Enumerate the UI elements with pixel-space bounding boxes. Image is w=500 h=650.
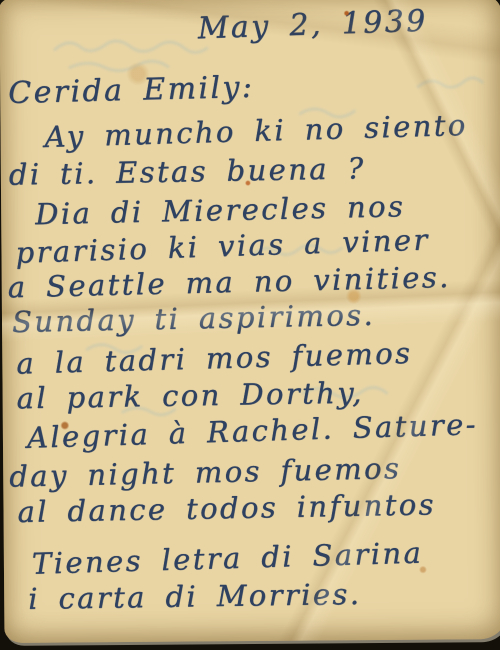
letter-date: May 2, 1939 [197,4,428,47]
letter-line: a la tadri mos fuemos [16,336,413,381]
letter-line: day night mos fuemos [9,451,402,494]
letter-line: al dance todos infuntos [17,487,436,529]
letter-salutation: Cerida Emily: [8,70,255,111]
letter-line: al park con Dorthy, [16,376,364,416]
letter-line: Tienes letra di Sarina [31,536,423,581]
letter-line: Ay muncho ki no siento [44,108,468,154]
letter-line: i carta di Morries. [28,577,362,616]
scan-background: May 2, 1939 Cerida Emily: Ay muncho ki n… [0,0,500,650]
letter-line: Sunday ti aspirimos. [12,298,376,339]
letter-line: di ti. Estas buena ? [9,151,366,192]
letter-line: Alegria à Rachel. Sature- [26,407,478,455]
letter-page: May 2, 1939 Cerida Emily: Ay muncho ki n… [0,0,500,643]
